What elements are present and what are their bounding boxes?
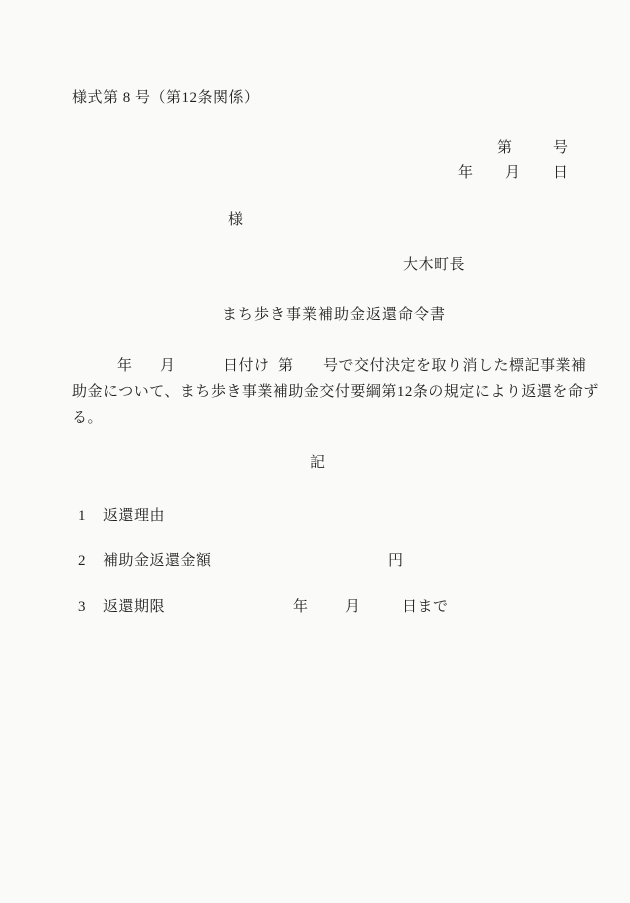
item2-label: 補助金返還金額 — [103, 551, 212, 571]
body-month-label: 月 — [160, 356, 176, 376]
item3-number: 3 — [78, 597, 86, 617]
document-page: 様式第 8 号（第12条関係） 第 号 年 月 日 様 大木町長 まち歩き事業補… — [0, 0, 630, 903]
body-number-prefix: 第 — [278, 356, 294, 376]
addressee-honorific: 様 — [228, 210, 244, 230]
item3-day-label: 日まで — [402, 597, 449, 617]
item2-unit-label: 円 — [388, 551, 404, 571]
issuer-name: 大木町長 — [403, 255, 465, 275]
body-line3-text: る。 — [72, 408, 103, 428]
date-month-label: 月 — [505, 163, 521, 183]
doc-number-prefix: 第 — [497, 138, 513, 158]
item3-label: 返還期限 — [103, 597, 165, 617]
body-line1-text: 号で交付決定を取り消した標記事業補 — [323, 356, 587, 376]
item3-month-label: 月 — [345, 597, 361, 617]
item1-number: 1 — [78, 506, 86, 526]
ki-heading: 記 — [310, 453, 326, 473]
item2-number: 2 — [78, 551, 86, 571]
document-title: まち歩き事業補助金返還命令書 — [222, 305, 446, 325]
item1-label: 返還理由 — [103, 506, 165, 526]
doc-number-suffix: 号 — [553, 138, 569, 158]
body-year-label: 年 — [117, 356, 133, 376]
body-dated-label: 日付け — [223, 356, 270, 376]
form-number: 様式第 8 号（第12条関係） — [72, 88, 260, 108]
date-year-label: 年 — [458, 163, 474, 183]
item3-year-label: 年 — [293, 597, 309, 617]
date-day-label: 日 — [553, 163, 569, 183]
body-line2-text: 助金について、まち歩き事業補助金交付要綱第12条の規定により返還を命ず — [72, 382, 599, 402]
